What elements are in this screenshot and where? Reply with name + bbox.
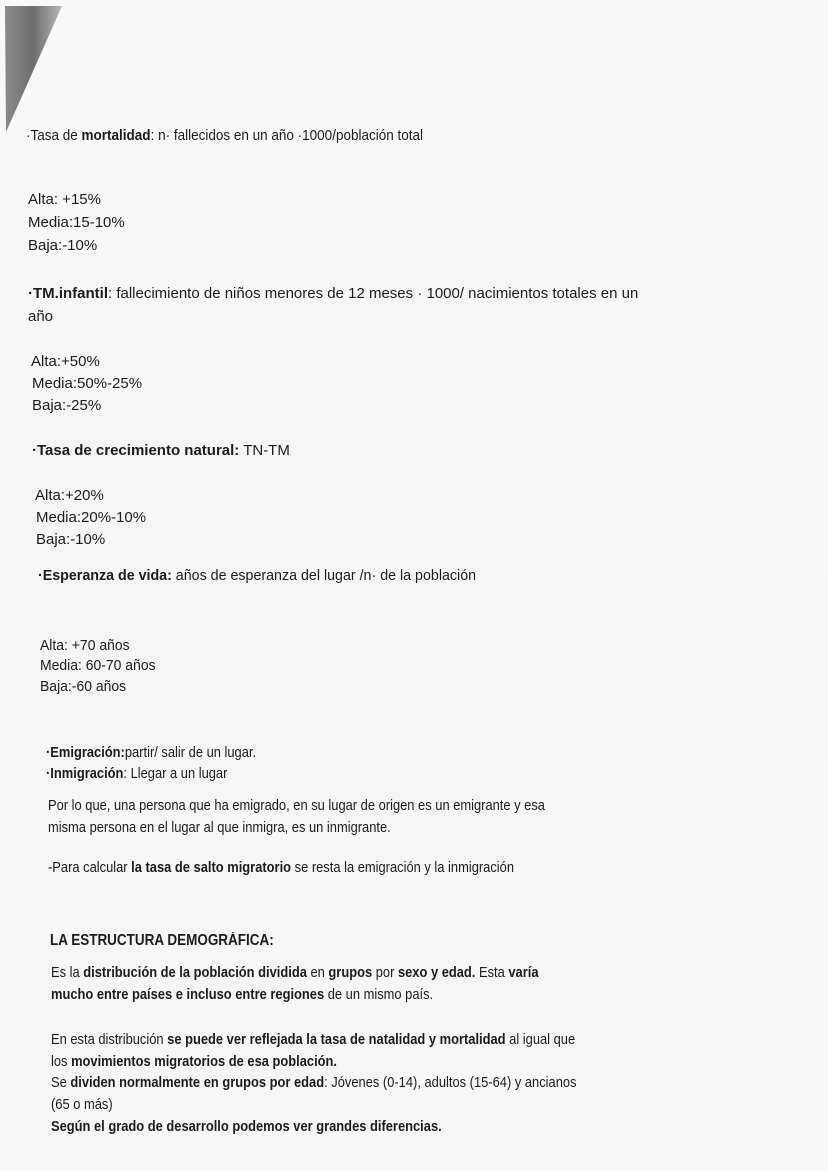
tm-infantil-level-media: Media:50%-25% <box>32 374 142 393</box>
saldo-migratorio-note: -Para calcular la tasa de salto migrator… <box>48 858 590 877</box>
esperanza-level-alta: Alta: +70 años <box>40 636 136 655</box>
estructura-p2-line1: En esta distribución se puede ver reflej… <box>51 1030 660 1049</box>
esperanza-level-media: Media: 60-70 años <box>40 656 164 675</box>
crecimiento-level-alta: Alta:+20% <box>35 486 104 505</box>
tm-infantil-level-alta: Alta:+50% <box>31 352 100 371</box>
mortalidad-level-media: Media:15-10% <box>28 213 125 232</box>
migracion-explanation-line2: misma persona en el lugar al que inmigra… <box>48 818 447 837</box>
inmigracion-definition: ·Inmigración: Llegar a un lugar <box>46 764 257 783</box>
estructura-title: LA ESTRUCTURA DEMOGRÁFICA: <box>50 931 307 950</box>
tm-infantil-level-baja: Baja:-25% <box>32 396 101 415</box>
estructura-p2-line3: Se dividen normalmente en grupos por eda… <box>51 1073 662 1092</box>
mortalidad-definition: ·Tasa de mortalidad: n· fallecidos en un… <box>26 126 467 145</box>
tm-infantil-definition-cont: año <box>28 307 53 326</box>
mortalidad-level-baja: Baja:-10% <box>28 236 97 255</box>
crecimiento-level-baja: Baja:-10% <box>36 530 105 549</box>
estructura-p2-line2: los movimientos migratorios de esa pobla… <box>51 1052 384 1071</box>
crecimiento-natural-definition: ·Tasa de crecimiento natural: TN-TM <box>32 441 290 460</box>
esperanza-vida-definition: ·Esperanza de vida: años de esperanza de… <box>38 566 499 585</box>
emigracion-definition: ·Emigración:partir/ salir de un lugar. <box>46 743 290 762</box>
tm-infantil-definition: ·TM.infantil: fallecimiento de niños men… <box>28 284 638 303</box>
esperanza-level-baja: Baja:-60 años <box>40 677 133 696</box>
migracion-explanation-line1: Por lo que, una persona que ha emigrado,… <box>48 796 626 815</box>
estructura-p1-line1: Es la distribución de la población divid… <box>51 963 618 982</box>
estructura-p2-line5: Según el grado de desarrollo podemos ver… <box>51 1117 505 1136</box>
crecimiento-level-media: Media:20%-10% <box>36 508 146 527</box>
page-fold-shadow <box>0 0 70 140</box>
estructura-p1-line2: mucho entre países e incluso entre regio… <box>51 985 495 1004</box>
mortalidad-level-alta: Alta: +15% <box>28 190 101 209</box>
estructura-p2-line4: (65 o más) <box>51 1095 123 1114</box>
